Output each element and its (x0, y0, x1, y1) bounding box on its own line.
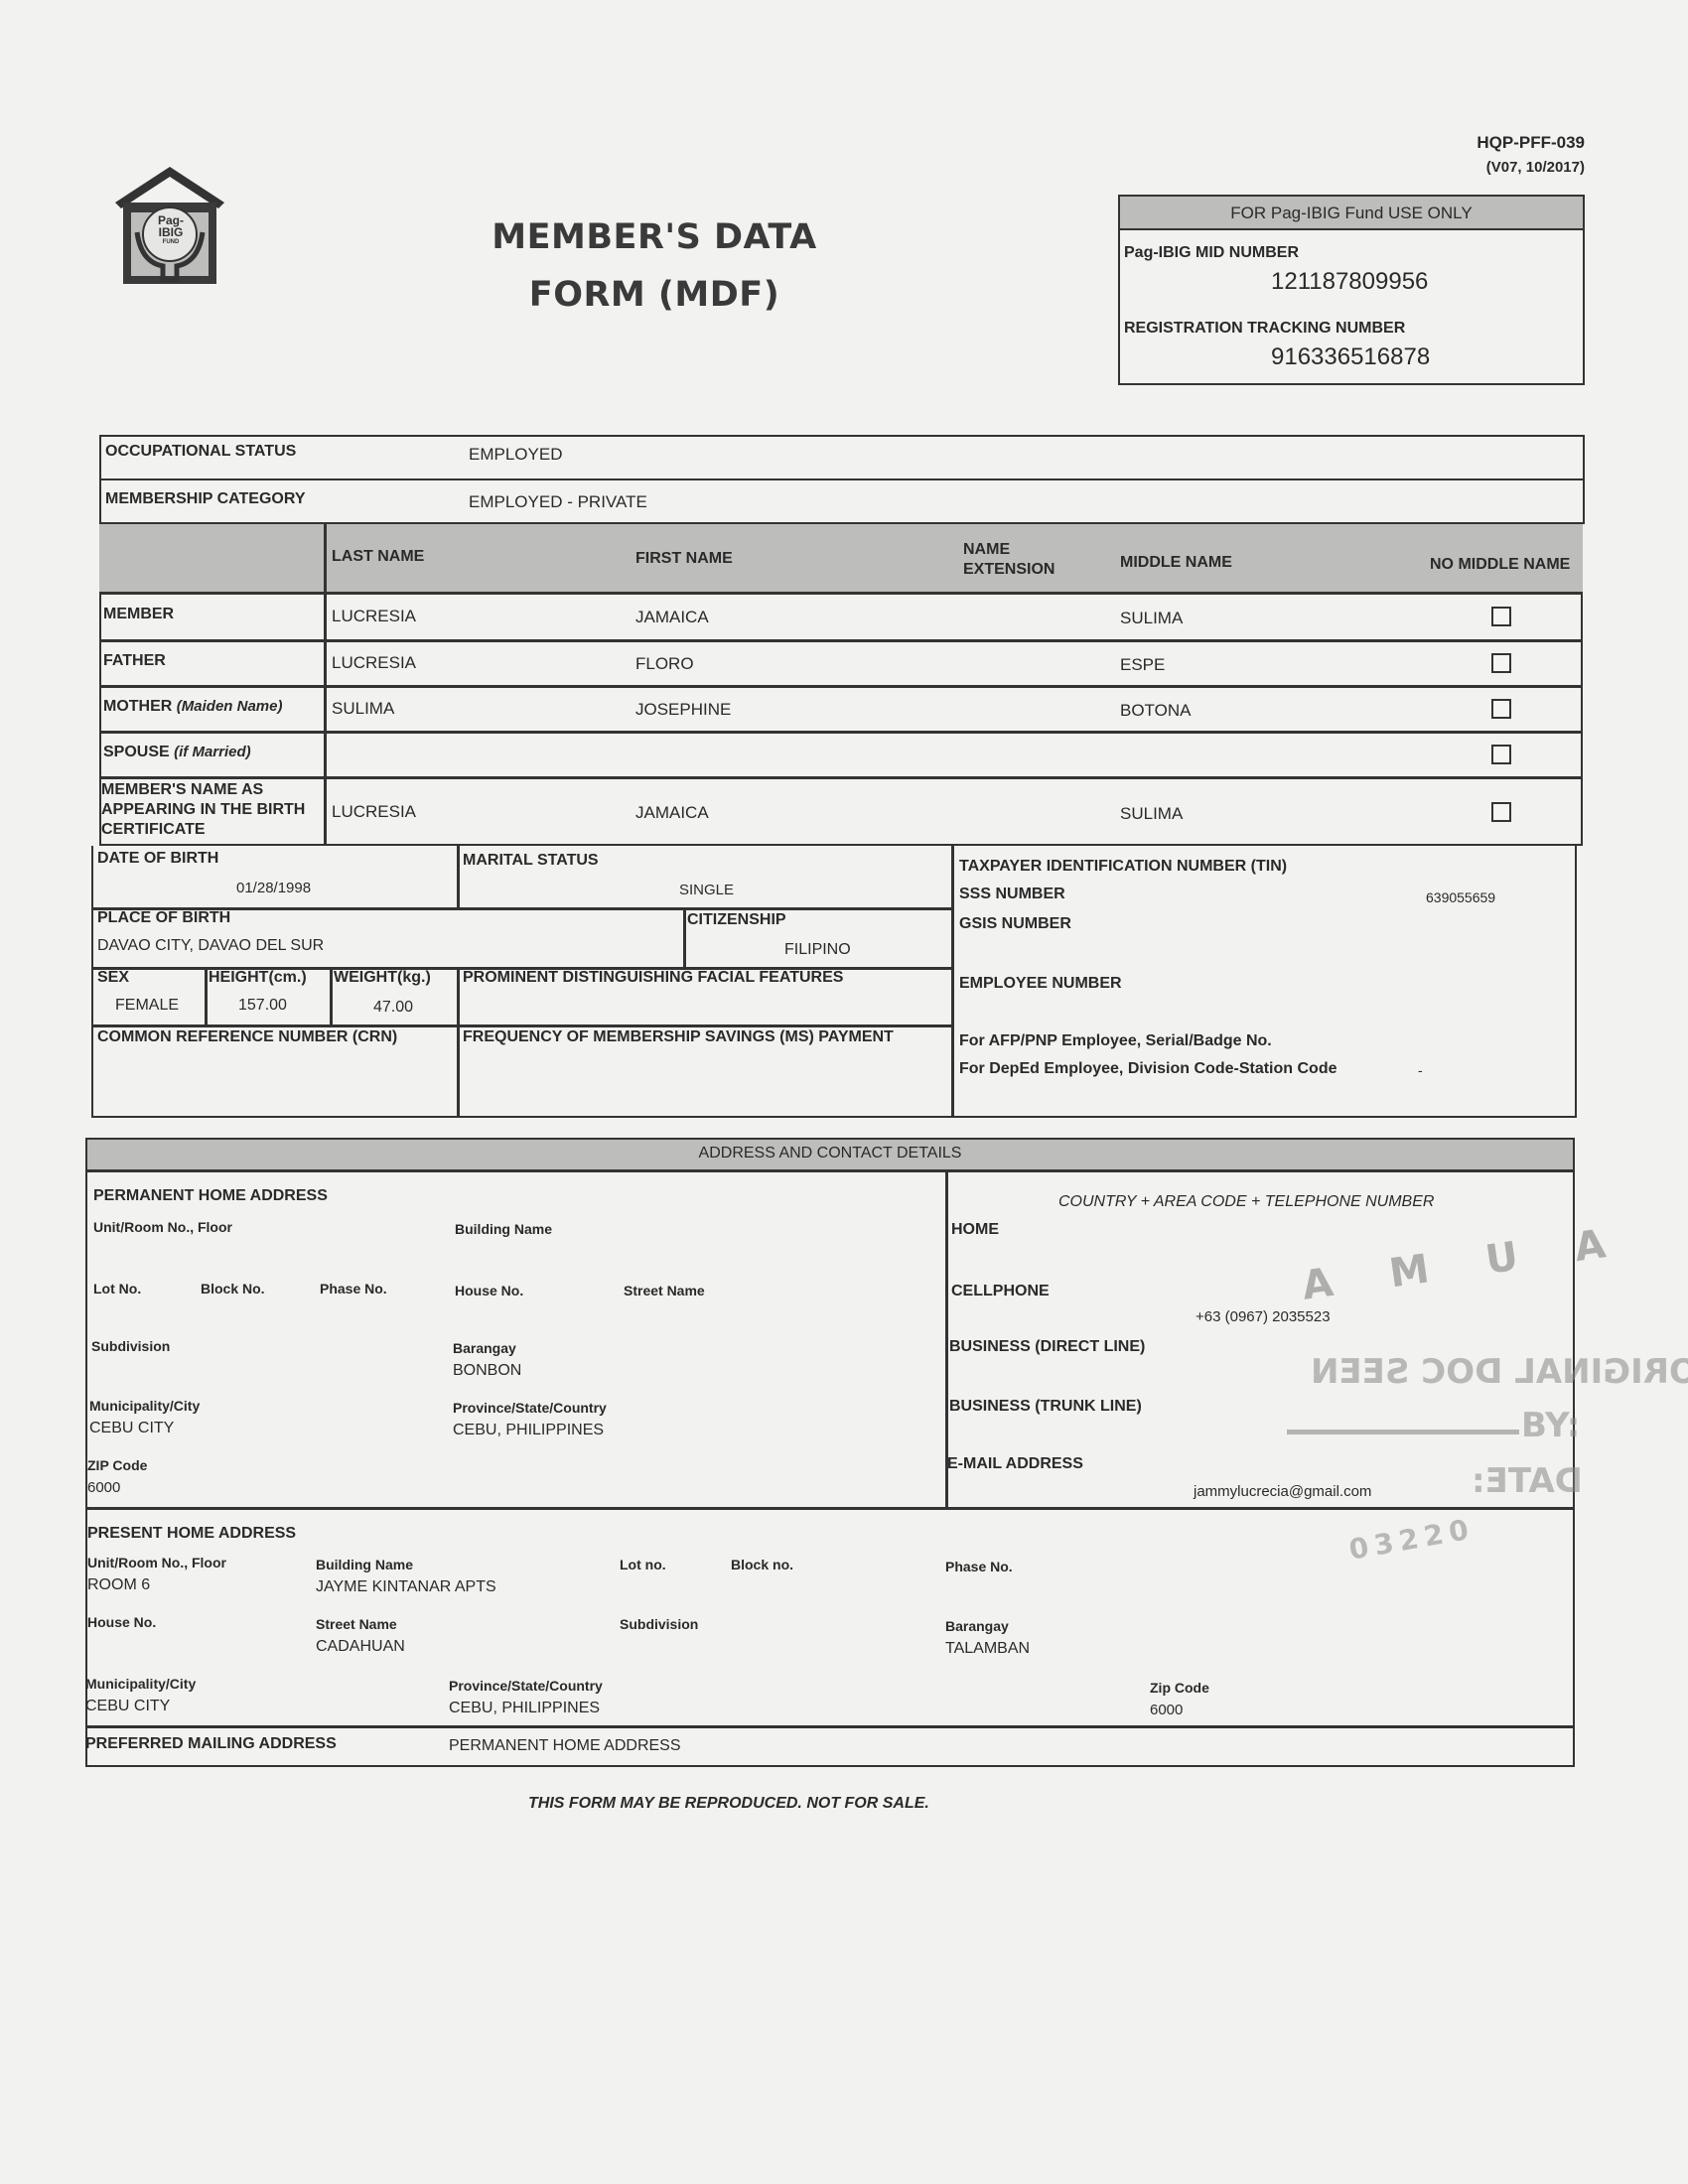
marital-status-value[interactable]: SINGLE (679, 882, 734, 898)
col-first-name: FIRST NAME (635, 550, 733, 568)
email-value[interactable]: jammylucrecia@gmail.com (1194, 1483, 1371, 1500)
perm-city-value[interactable]: CEBU CITY (89, 1420, 174, 1437)
mailing-address-value[interactable]: PERMANENT HOME ADDRESS (449, 1737, 681, 1755)
fund-use-heading: FOR Pag-IBIG Fund USE ONLY (1120, 197, 1583, 230)
row-label: MOTHER (Maiden Name) (103, 698, 282, 716)
employee-number-label: EMPLOYEE NUMBER (959, 975, 1122, 993)
row-label-text: MEMBER'S NAME AS APPEARING IN THE BIRTH … (101, 781, 305, 838)
dob-value[interactable]: 01/28/1998 (236, 880, 311, 896)
pres-subdivision-label: Subdivision (620, 1616, 698, 1632)
permanent-address-title: PERMANENT HOME ADDRESS (93, 1187, 328, 1205)
middle-name-value[interactable]: BOTONA (1120, 701, 1191, 721)
first-name-value[interactable]: JAMAICA (635, 803, 709, 823)
pres-barangay-value[interactable]: TALAMBAN (945, 1640, 1030, 1658)
sex-value[interactable]: FEMALE (115, 997, 179, 1015)
middle-name-value[interactable]: SULIMA (1120, 609, 1183, 628)
footer-note: THIS FORM MAY BE REPRODUCED. NOT FOR SAL… (528, 1795, 929, 1813)
dob-label: DATE OF BIRTH (97, 850, 218, 868)
perm-province-value[interactable]: CEBU, PHILIPPINES (453, 1422, 604, 1439)
row-label-note: (Maiden Name) (177, 698, 283, 715)
stamp-signature-line (1287, 1430, 1519, 1434)
sex-label: SEX (97, 969, 129, 987)
no-middle-name-checkbox[interactable] (1491, 802, 1511, 822)
pob-label: PLACE OF BIRTH (97, 909, 230, 927)
address-section (85, 1138, 1575, 1767)
last-name-value[interactable]: LUCRESIA (332, 802, 416, 822)
business-trunk-label: BUSINESS (TRUNK LINE) (949, 1398, 1142, 1416)
page-title: MEMBER'S DATA FORM (MDF) (471, 208, 838, 324)
title-line-2: FORM (MDF) (471, 266, 838, 324)
cellphone-label: CELLPHONE (951, 1283, 1050, 1300)
membership-category-label: MEMBERSHIP CATEGORY (105, 490, 306, 508)
perm-subdivision-label: Subdivision (91, 1338, 170, 1354)
stamp-line-2: BY: (1521, 1406, 1580, 1445)
gsis-label: GSIS NUMBER (959, 915, 1071, 933)
fund-use-box: FOR Pag-IBIG Fund USE ONLY Pag-IBIG MID … (1118, 195, 1585, 385)
occupational-status-label: OCCUPATIONAL STATUS (105, 443, 296, 461)
perm-unit-label: Unit/Room No., Floor (93, 1219, 232, 1235)
col-no-middle-name: NO MIDDLE NAME (1430, 556, 1570, 574)
pres-phase-label: Phase No. (945, 1559, 1013, 1574)
perm-phase-label: Phase No. (320, 1281, 387, 1297)
pres-building-label: Building Name (316, 1557, 413, 1572)
height-label: HEIGHT(cm.) (209, 969, 307, 987)
deped-value[interactable]: - (1418, 1062, 1423, 1078)
tin-label: TAXPAYER IDENTIFICATION NUMBER (TIN) (959, 858, 1287, 876)
no-middle-name-checkbox[interactable] (1491, 699, 1511, 719)
pob-value[interactable]: DAVAO CITY, DAVAO DEL SUR (97, 937, 324, 955)
stamp-line-1: ORIGINAL DOC SEEN (1311, 1352, 1688, 1392)
pres-zip-label: Zip Code (1150, 1680, 1209, 1696)
perm-barangay-value[interactable]: BONBON (453, 1362, 521, 1380)
form-code: HQP-PFF-039 (1477, 133, 1585, 153)
names-table-header (99, 524, 1583, 592)
pres-building-value[interactable]: JAYME KINTANAR APTS (316, 1578, 496, 1596)
occupational-status-value[interactable]: EMPLOYED (469, 445, 562, 465)
citizenship-label: CITIZENSHIP (687, 911, 786, 929)
perm-house-label: House No. (455, 1283, 523, 1298)
no-middle-name-checkbox[interactable] (1491, 607, 1511, 626)
first-name-value[interactable]: JAMAICA (635, 608, 709, 627)
row-label-text: MEMBER (103, 606, 174, 622)
ms-frequency-label: FREQUENCY OF MEMBERSHIP SAVINGS (MS) PAY… (463, 1028, 894, 1046)
pres-province-label: Province/State/Country (449, 1678, 603, 1694)
first-name-value[interactable]: FLORO (635, 654, 694, 674)
height-value[interactable]: 157.00 (238, 997, 287, 1015)
row-label-text: SPOUSE (103, 744, 170, 760)
logo-text-fund: FUND (151, 238, 191, 246)
row-label: MEMBER (103, 606, 174, 623)
pag-ibig-logo: Pag- IBIG FUND (111, 163, 228, 288)
perm-street-label: Street Name (624, 1283, 705, 1298)
pres-zip-value[interactable]: 6000 (1150, 1702, 1183, 1718)
pres-province-value[interactable]: CEBU, PHILIPPINES (449, 1700, 600, 1717)
col-last-name: LAST NAME (332, 548, 424, 566)
perm-province-label: Province/State/Country (453, 1400, 607, 1416)
no-middle-name-checkbox[interactable] (1491, 653, 1511, 673)
last-name-value[interactable]: LUCRESIA (332, 607, 416, 626)
pres-unit-label: Unit/Room No., Floor (87, 1555, 226, 1570)
row-label-text: FATHER (103, 652, 166, 669)
form-version: (V07, 10/2017) (1486, 159, 1585, 176)
middle-name-value[interactable]: ESPE (1120, 655, 1165, 675)
sss-label: SSS NUMBER (959, 886, 1065, 903)
marital-status-label: MARITAL STATUS (463, 852, 599, 870)
pres-block-label: Block no. (731, 1557, 793, 1572)
afp-pnp-label: For AFP/PNP Employee, Serial/Badge No. (959, 1032, 1272, 1050)
perm-block-label: Block No. (201, 1281, 265, 1297)
rtn-label: REGISTRATION TRACKING NUMBER (1124, 320, 1405, 338)
address-section-title: ADDRESS AND CONTACT DETAILS (87, 1145, 1573, 1162)
perm-building-label: Building Name (455, 1221, 552, 1237)
business-direct-label: BUSINESS (DIRECT LINE) (949, 1338, 1145, 1356)
middle-name-value[interactable]: SULIMA (1120, 804, 1183, 824)
membership-category-value[interactable]: EMPLOYED - PRIVATE (469, 492, 647, 512)
deped-label: For DepEd Employee, Division Code-Statio… (959, 1060, 1336, 1078)
row-label-note: (if Married) (174, 744, 251, 760)
perm-city-label: Municipality/City (89, 1398, 200, 1414)
pres-house-label: House No. (87, 1614, 156, 1630)
email-label: E-MAIL ADDRESS (947, 1455, 1083, 1473)
perm-zip-label: ZIP Code (87, 1457, 147, 1473)
title-line-1: MEMBER'S DATA (471, 208, 838, 266)
weight-value[interactable]: 47.00 (373, 999, 413, 1017)
crn-label: COMMON REFERENCE NUMBER (CRN) (97, 1028, 397, 1046)
row-label: SPOUSE (if Married) (103, 744, 251, 761)
mid-number-value: 121187809956 (1271, 268, 1428, 296)
col-middle-name: MIDDLE NAME (1120, 554, 1232, 572)
last-name-value[interactable]: LUCRESIA (332, 653, 416, 673)
stamp-line-3: DATE: (1472, 1461, 1583, 1501)
no-middle-name-checkbox[interactable] (1491, 745, 1511, 764)
row-label-text: MOTHER (103, 698, 172, 715)
pres-lot-label: Lot no. (620, 1557, 666, 1572)
pres-barangay-label: Barangay (945, 1618, 1009, 1634)
rtn-value: 916336516878 (1271, 343, 1430, 371)
sss-value[interactable]: 639055659 (1426, 889, 1495, 905)
pres-city-label: Municipality/City (85, 1676, 196, 1692)
perm-lot-label: Lot No. (93, 1281, 141, 1297)
row-label: FATHER (103, 652, 166, 670)
perm-barangay-label: Barangay (453, 1340, 516, 1356)
phone-format-hint: COUNTRY + AREA CODE + TELEPHONE NUMBER (1058, 1193, 1434, 1211)
home-phone-label: HOME (951, 1221, 999, 1239)
present-address-title: PRESENT HOME ADDRESS (87, 1525, 296, 1543)
pres-city-value[interactable]: CEBU CITY (85, 1698, 170, 1715)
logo-text-ibig: IBIG (151, 226, 191, 238)
last-name-value[interactable]: SULIMA (332, 699, 394, 719)
weight-label: WEIGHT(kg.) (334, 969, 431, 987)
citizenship-value[interactable]: FILIPINO (784, 941, 851, 959)
mid-number-label: Pag-IBIG MID NUMBER (1124, 244, 1299, 262)
mailing-address-label: PREFERRED MAILING ADDRESS (85, 1735, 337, 1753)
first-name-value[interactable]: JOSEPHINE (635, 700, 731, 720)
cellphone-value[interactable]: +63 (0967) 2035523 (1196, 1308, 1331, 1325)
col-name-extension: NAME EXTENSION (963, 540, 1072, 580)
pres-unit-value[interactable]: ROOM 6 (87, 1576, 150, 1594)
facial-features-label: PROMINENT DISTINGUISHING FACIAL FEATURES (463, 969, 843, 987)
row-label: MEMBER'S NAME AS APPEARING IN THE BIRTH … (101, 780, 326, 840)
perm-zip-value[interactable]: 6000 (87, 1479, 120, 1496)
pres-street-label: Street Name (316, 1616, 397, 1632)
pres-street-value[interactable]: CADAHUAN (316, 1638, 405, 1656)
